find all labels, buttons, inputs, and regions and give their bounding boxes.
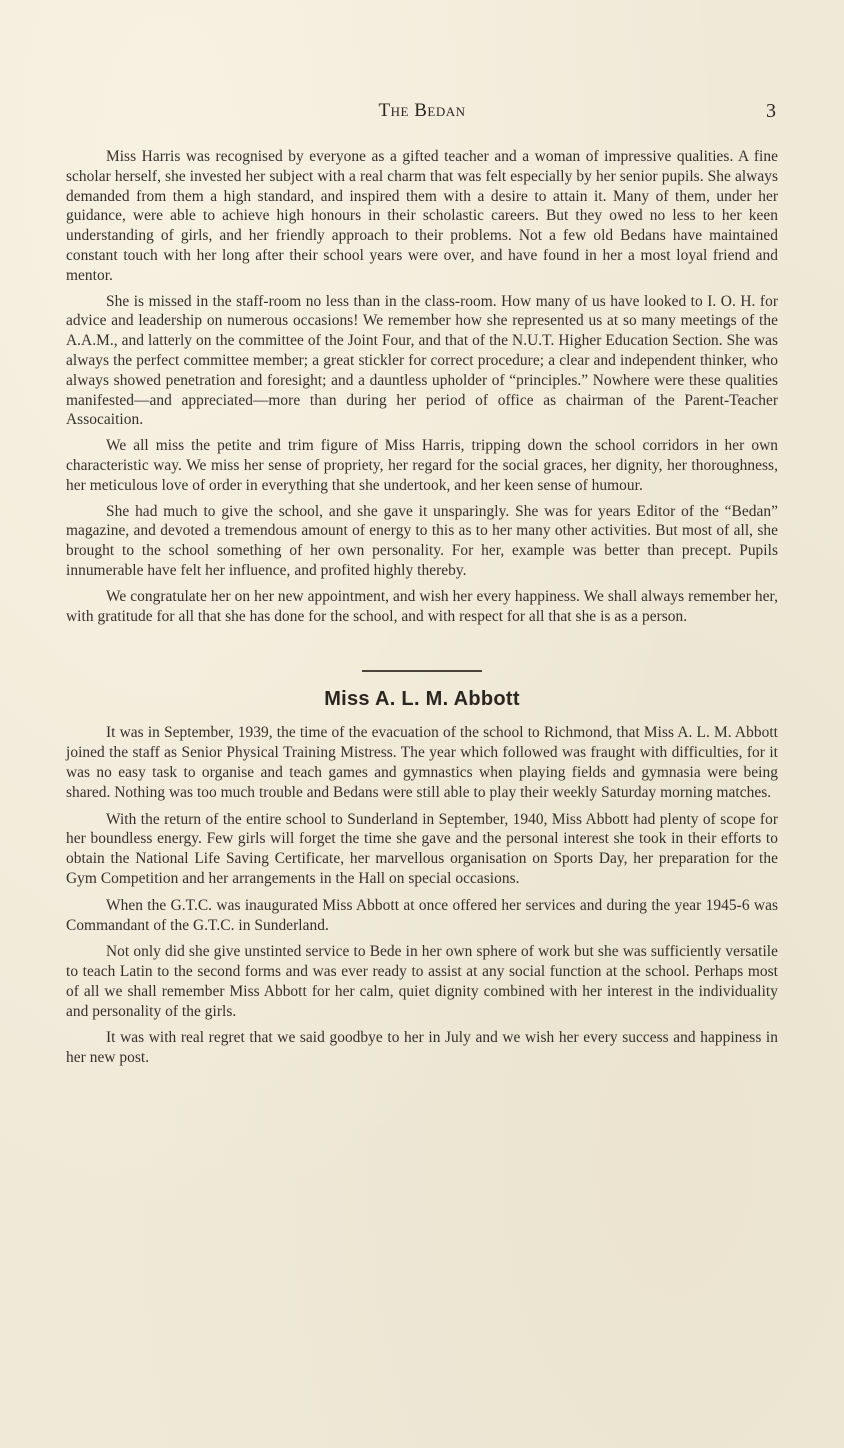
section-heading: Miss A. L. M. Abbott: [66, 688, 778, 711]
paragraph: Not only did she give unstinted service …: [66, 942, 778, 1021]
paragraph: She had much to give the school, and she…: [66, 502, 778, 581]
magazine-page: The Bedan 3 Miss Harris was recognised b…: [0, 0, 844, 1448]
page-content: Miss Harris was recognised by everyone a…: [66, 147, 778, 1075]
paragraph: We congratulate her on her new appointme…: [66, 587, 778, 627]
paragraph: It was with real regret that we said goo…: [66, 1028, 778, 1068]
section-divider: [362, 670, 482, 672]
paragraph: With the return of the entire school to …: [66, 810, 778, 889]
article-miss-abbott: Miss A. L. M. Abbott It was in September…: [66, 688, 778, 1068]
running-head: The Bedan 3: [0, 100, 844, 126]
paragraph: When the G.T.C. was inaugurated Miss Abb…: [66, 896, 778, 936]
article-miss-harris: Miss Harris was recognised by everyone a…: [66, 147, 778, 626]
paragraph: We all miss the petite and trim figure o…: [66, 436, 778, 495]
paragraph: It was in September, 1939, the time of t…: [66, 723, 778, 802]
running-title: The Bedan: [0, 100, 844, 122]
page-number: 3: [766, 100, 776, 123]
paragraph: Miss Harris was recognised by everyone a…: [66, 147, 778, 286]
paragraph: She is missed in the staff-room no less …: [66, 292, 778, 431]
